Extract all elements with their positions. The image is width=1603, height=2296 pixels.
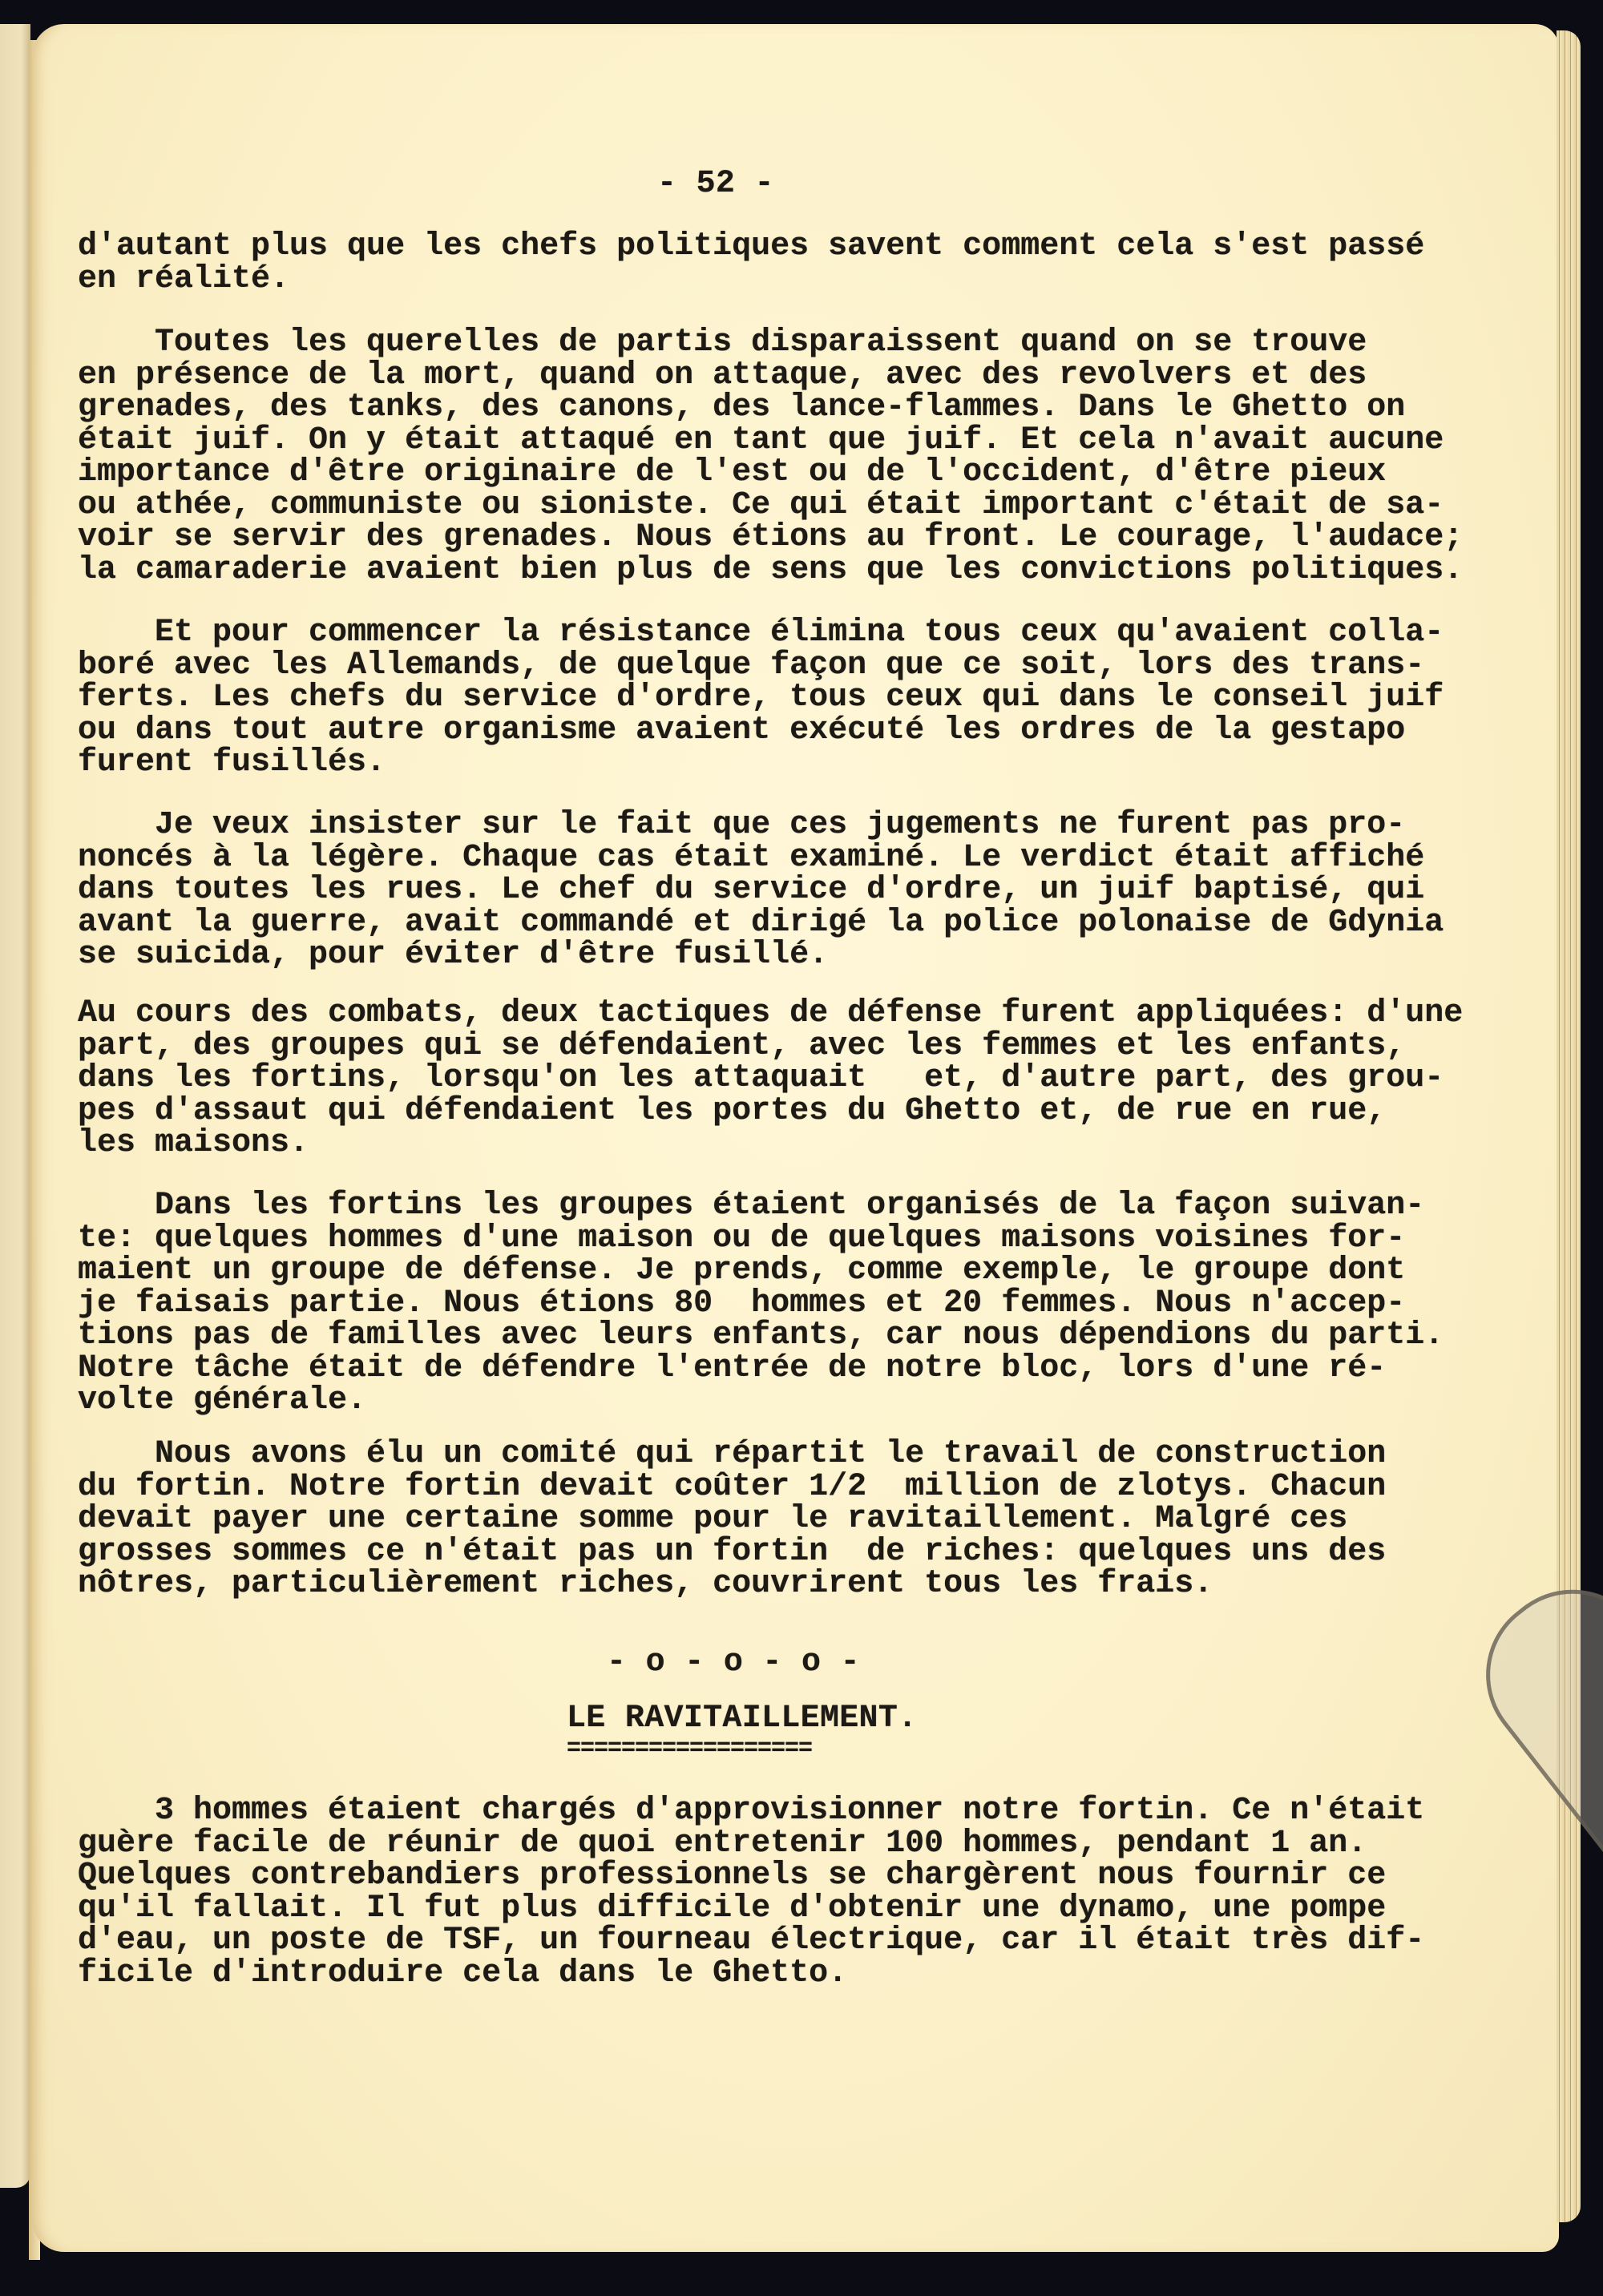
text-line: du fortin. Notre fortin devait coûter 1/… (78, 1471, 1386, 1504)
text-line: Quelques contrebandiers professionnels s… (78, 1860, 1424, 1893)
paragraph-8: 3 hommes étaient chargés d'approvisionne… (78, 1795, 1424, 1990)
text-line: je faisais partie. Nous étions 80 hommes… (78, 1288, 1444, 1321)
text-line: dans les fortins, lorsqu'on les attaquai… (78, 1063, 1463, 1096)
paragraph-2: Toutes les querelles de partis disparais… (78, 327, 1463, 587)
text-line: boré avec les Allemands, de quelque faço… (78, 650, 1444, 683)
text-line: se suicida, pour éviter d'être fusillé. (78, 939, 1444, 972)
text-line: ficile d'introduire cela dans le Ghetto. (78, 1958, 1424, 1991)
text-line: devait payer une certaine somme pour le … (78, 1503, 1386, 1536)
text-line: d'autant plus que les chefs politiques s… (78, 231, 1424, 264)
text-line: grenades, des tanks, des canons, des lan… (78, 392, 1463, 425)
text-line: était juif. On y était attaqué en tant q… (78, 425, 1463, 458)
paragraph-7: Nous avons élu un comité qui répartit le… (78, 1439, 1386, 1601)
paragraph-3: Et pour commencer la résistance élimina … (78, 617, 1444, 780)
text-line: grosses sommes ce n'était pas un fortin … (78, 1536, 1386, 1569)
text-line: voir se servir des grenades. Nous étions… (78, 522, 1463, 555)
text-line: Au cours des combats, deux tactiques de … (78, 998, 1463, 1031)
text-line: volte générale. (78, 1385, 1444, 1418)
text-line: 3 hommes étaient chargés d'approvisionne… (78, 1795, 1424, 1828)
paragraph-4: Je veux insister sur le fait que ces jug… (78, 809, 1444, 972)
text-line: pes d'assaut qui défendaient les portes … (78, 1096, 1463, 1128)
text-line: ferts. Les chefs du service d'ordre, tou… (78, 682, 1444, 715)
paragraph-5: Au cours des combats, deux tactiques de … (78, 998, 1463, 1160)
text-line: qu'il fallait. Il fut plus difficile d'o… (78, 1893, 1424, 1926)
text-line: Nous avons élu un comité qui répartit le… (78, 1439, 1386, 1471)
text-line: ou dans tout autre organisme avaient exé… (78, 715, 1444, 748)
text-line: Toutes les querelles de partis disparais… (78, 327, 1463, 360)
text-line: ou athée, communiste ou sioniste. Ce qui… (78, 490, 1463, 523)
section-separator: - o - o - o - (607, 1647, 860, 1679)
paragraph-1: d'autant plus que les chefs politiques s… (78, 231, 1424, 296)
text-line: Et pour commencer la résistance élimina … (78, 617, 1444, 650)
text-line: d'eau, un poste de TSF, un fourneau élec… (78, 1925, 1424, 1958)
text-line: te: quelques hommes d'une maison ou de q… (78, 1223, 1444, 1256)
text-line: tions pas de familles avec leurs enfants… (78, 1320, 1444, 1353)
text-line: la camaraderie avaient bien plus de sens… (78, 555, 1463, 587)
section-title: LE RAVITAILLEMENT. (567, 1703, 917, 1735)
text-line: importance d'être originaire de l'est ou… (78, 457, 1463, 490)
text-line: nôtres, particulièrement riches, couvrir… (78, 1568, 1386, 1601)
page-number: - 52 - (657, 168, 774, 200)
section-title-underline: ================== (567, 1733, 812, 1765)
text-line: guère facile de réunir de quoi entreteni… (78, 1828, 1424, 1861)
text-line: dans toutes les rues. Le chef du service… (78, 874, 1444, 907)
text-line: furent fusillés. (78, 747, 1444, 780)
text-line: part, des groupes qui se défendaient, av… (78, 1031, 1463, 1063)
text-line: Notre tâche était de défendre l'entrée d… (78, 1353, 1444, 1386)
text-line: en réalité. (78, 264, 1424, 297)
paragraph-6: Dans les fortins les groupes étaient org… (78, 1190, 1444, 1418)
text-line: avant la guerre, avait commandé et dirig… (78, 907, 1444, 940)
text-line: les maisons. (78, 1128, 1463, 1160)
text-line: en présence de la mort, quand on attaque… (78, 360, 1463, 393)
text-line: Je veux insister sur le fait que ces jug… (78, 809, 1444, 842)
text-line: Dans les fortins les groupes étaient org… (78, 1190, 1444, 1223)
facing-page-edge (0, 24, 30, 2188)
text-line: noncés à la légère. Chaque cas était exa… (78, 842, 1444, 875)
page-stack-edge (1557, 30, 1581, 2222)
text-line: maient un groupe de défense. Je prends, … (78, 1255, 1444, 1288)
